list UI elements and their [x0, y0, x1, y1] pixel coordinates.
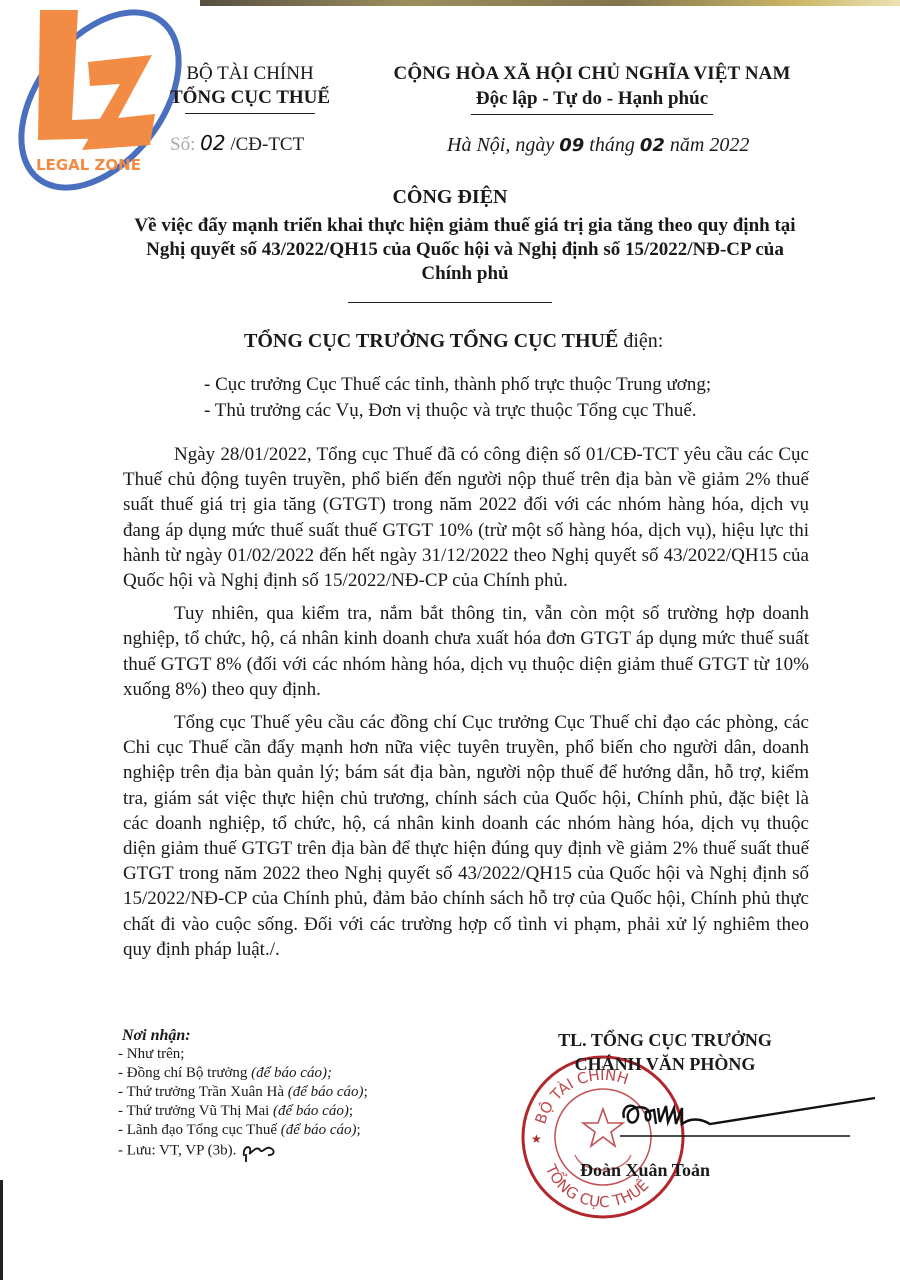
recipient-item: - Thứ trưởng Trần Xuân Hà (để báo cáo); — [118, 1083, 368, 1102]
body-paragraph: Ngày 28/01/2022, Tổng cục Thuế đã có côn… — [123, 442, 809, 593]
addressee-item: - Thủ trưởng các Vụ, Đơn vị thuộc và trự… — [204, 398, 711, 424]
recipient-item: - Thứ trưởng Vũ Thị Mai (để báo cáo); — [118, 1102, 368, 1121]
document-number: Số: 02 /CĐ-TCT — [170, 131, 304, 156]
body-paragraph: Tổng cục Thuế yêu cầu các đồng chí Cục t… — [123, 710, 809, 962]
national-heading: CỘNG HÒA XÃ HỘI CHỦ NGHĨA VIỆT NAM Độc l… — [384, 62, 800, 115]
sender-line: TỔNG CỤC TRƯỞNG TỔNG CỤC THUẾ điện: — [244, 330, 663, 353]
body-paragraph: Tuy nhiên, qua kiểm tra, nắm bắt thông t… — [123, 601, 809, 702]
initials-icon — [240, 1140, 280, 1162]
svg-text:LEGAL ZONE: LEGAL ZONE — [36, 156, 141, 174]
addressee-item: - Cục trưởng Cục Thuế các tỉnh, thành ph… — [204, 372, 711, 398]
ministry-name: BỘ TÀI CHÍNH — [160, 62, 340, 86]
subject-underline — [348, 302, 552, 303]
place-and-date: Hà Nội, ngày 09 tháng 02 năm 2022 — [447, 134, 749, 157]
document-body: Ngày 28/01/2022, Tổng cục Thuế đã có côn… — [123, 442, 809, 970]
signature-title: TL. TỔNG CỤC TRƯỞNG CHÁNH VĂN PHÒNG — [530, 1028, 800, 1076]
signer-name: Đoàn Xuân Toản — [580, 1160, 710, 1181]
agency-name: TỔNG CỤC THUẾ — [160, 86, 340, 110]
handwritten-signature-icon — [620, 1088, 880, 1138]
issuing-agency: BỘ TÀI CHÍNH TỔNG CỤC THUẾ — [160, 62, 340, 114]
addressee-list: - Cục trưởng Cục Thuế các tỉnh, thành ph… — [204, 372, 711, 424]
nation-name: CỘNG HÒA XÃ HỘI CHỦ NGHĨA VIỆT NAM — [384, 62, 800, 86]
agency-underline — [185, 113, 315, 114]
recipient-item: - Đồng chí Bộ trưởng (để báo cáo); — [118, 1064, 368, 1083]
recipients-block: Nơi nhận: - Như trên; - Đồng chí Bộ trưở… — [118, 1026, 368, 1162]
recipient-item: - Lưu: VT, VP (3b). — [118, 1140, 368, 1162]
motto-underline — [471, 114, 713, 115]
document-subject: Về việc đẩy mạnh triển khai thực hiện gi… — [130, 214, 800, 286]
document-type: CÔNG ĐIỆN — [0, 186, 900, 209]
national-motto: Độc lập - Tự do - Hạnh phúc — [384, 86, 800, 112]
handwritten-month: 02 — [640, 135, 665, 156]
handwritten-day: 09 — [559, 135, 584, 156]
recipient-item: - Lãnh đạo Tổng cục Thuế (để báo cáo); — [118, 1121, 368, 1140]
recipients-heading: Nơi nhận: — [122, 1026, 368, 1045]
svg-text:★: ★ — [531, 1132, 542, 1146]
recipient-item: - Như trên; — [118, 1045, 368, 1064]
scan-left-edge — [0, 1180, 3, 1280]
handwritten-number: 02 — [200, 131, 225, 155]
scan-top-edge — [200, 0, 900, 6]
